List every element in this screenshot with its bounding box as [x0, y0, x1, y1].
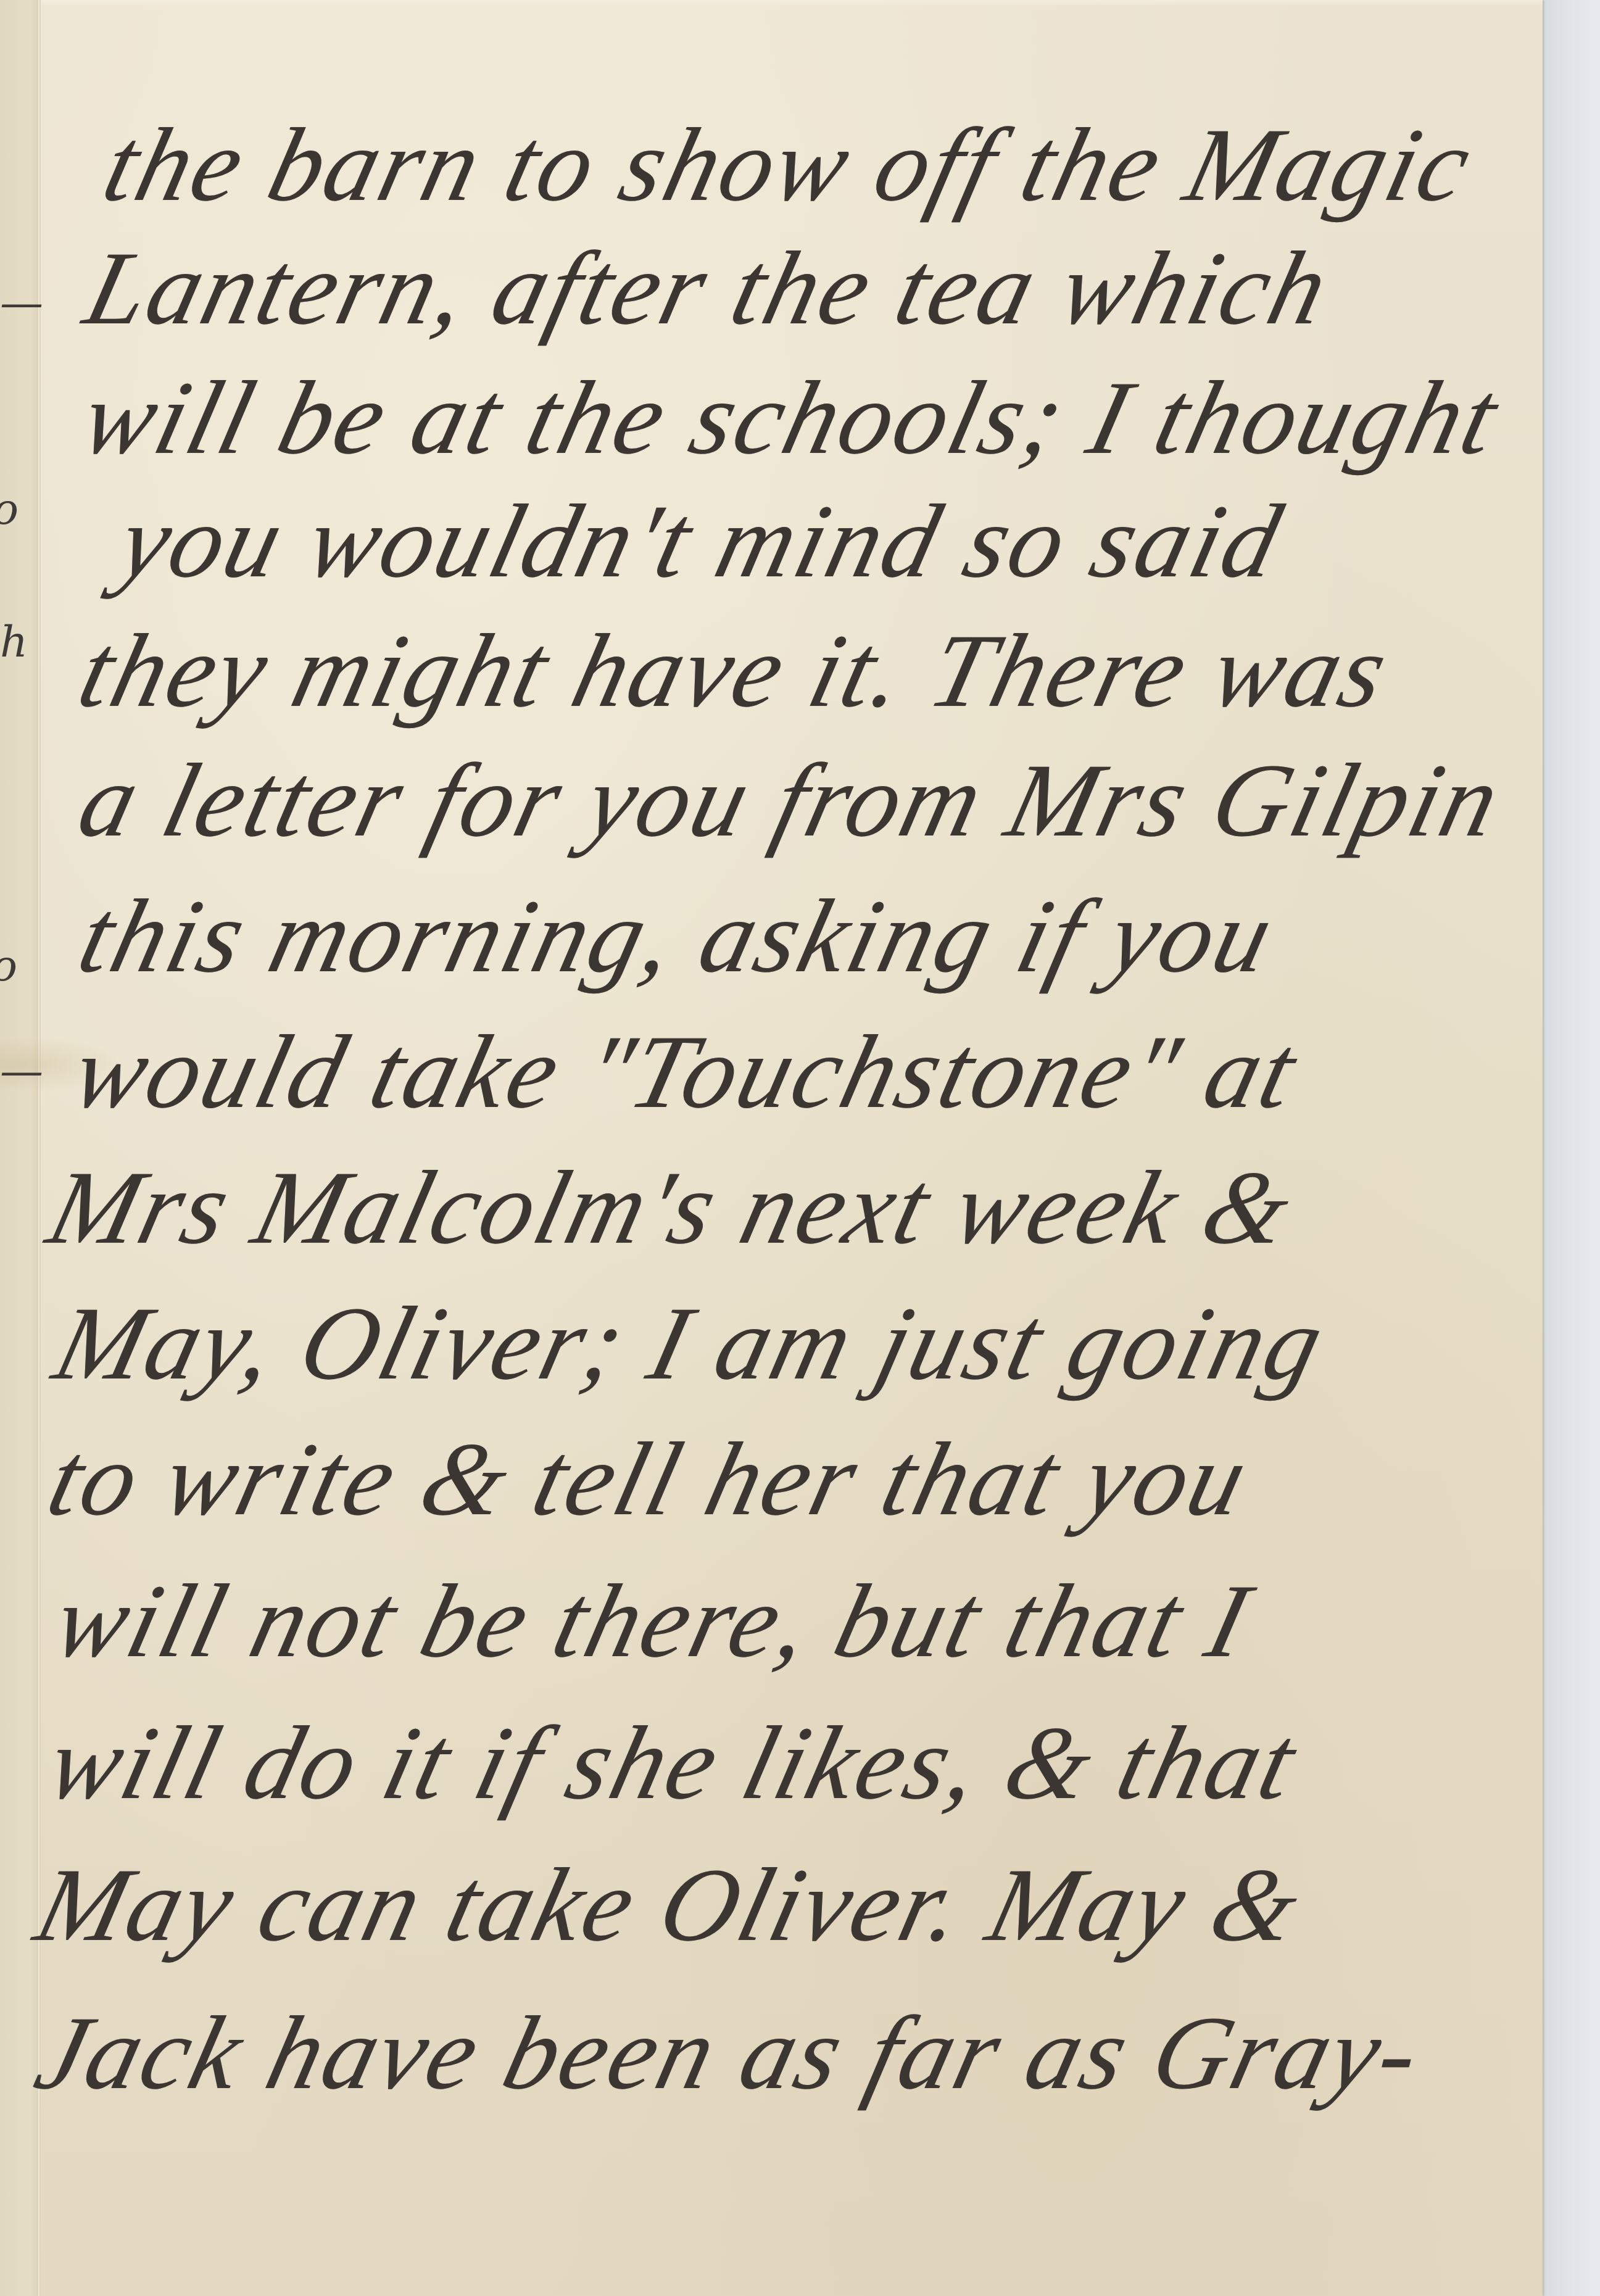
letter-line: will do it if she likes, & that — [37, 1703, 1309, 1823]
letter-body: the barn to show off the Magic Lantern, … — [0, 0, 1543, 2296]
letter-line: Mrs Malcolm's next week & — [37, 1148, 1304, 1268]
letter-line: will be at the schools; I thought — [71, 358, 1511, 478]
letter-line: they might have it. There was — [68, 611, 1401, 731]
letter-line: you wouldn't mind so said — [108, 481, 1295, 602]
letter-line: Jack have been as far as Gray- — [25, 1993, 1433, 2113]
letter-line: to write & tell her that you — [37, 1419, 1261, 1540]
letter-line: the barn to show off the Magic — [93, 105, 1485, 225]
letter-line: would take "Touchstone" at — [62, 1012, 1309, 1132]
letter-line: May, Oliver; I am just going — [43, 1283, 1337, 1404]
letter-page: — o h o — the barn to show off the Magic… — [0, 0, 1543, 2296]
background-surface — [1538, 0, 1600, 2296]
letter-line: Lantern, after the tea which — [74, 228, 1341, 349]
letter-line: this morning, asking if you — [68, 876, 1287, 997]
letter-line: will not be there, but that I — [43, 1561, 1262, 1681]
letter-line: May can take Oliver. May & — [25, 1845, 1313, 1965]
letter-line: a letter for you from Mrs Gilpin — [68, 740, 1513, 861]
